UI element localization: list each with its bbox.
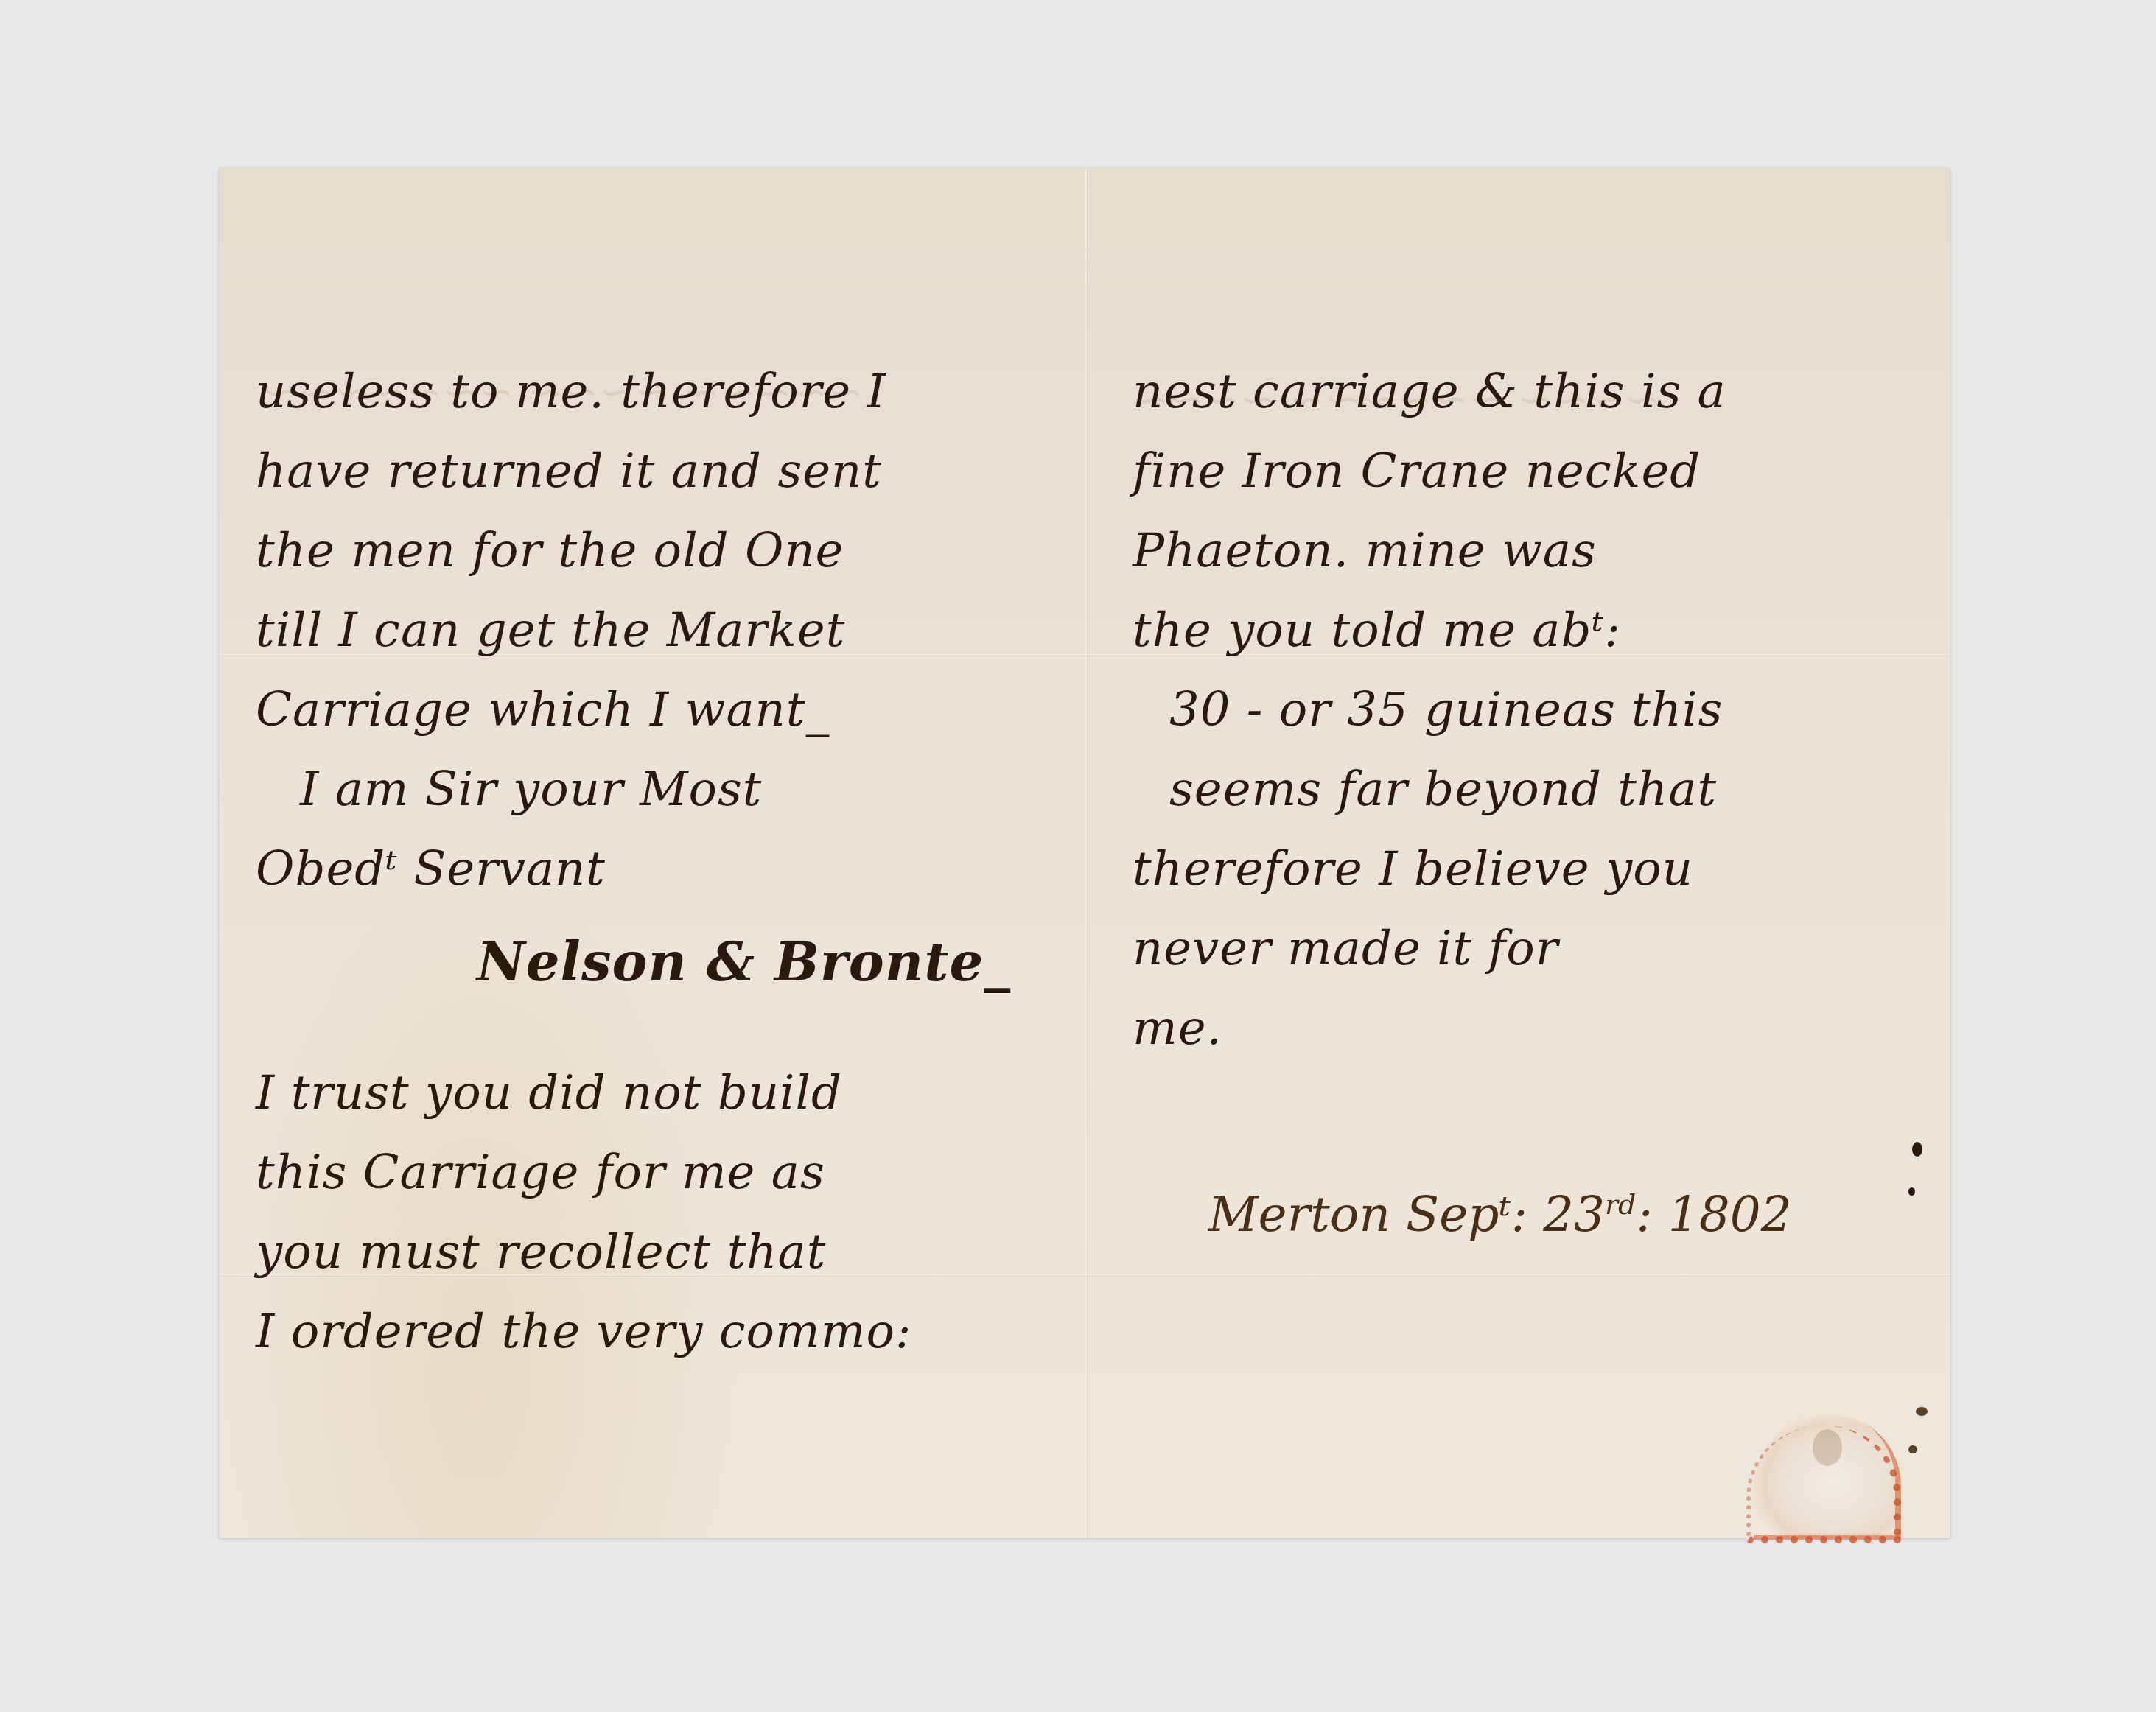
- right-page-text: nest carriage & this is a fine Iron Cran…: [1133, 352, 1726, 1068]
- handwritten-line: seems far beyond that: [1133, 750, 1726, 829]
- ink-blot: [1916, 1407, 1928, 1416]
- handwritten-line: have returned it and sent: [256, 432, 1011, 511]
- closing-line: I am Sir your Most: [256, 750, 1011, 829]
- signature: Nelson & Bronte_: [256, 922, 1011, 1002]
- handwritten-line: nest carriage & this is a: [1133, 352, 1726, 432]
- dateline-month: Sepᵗ:: [1406, 1186, 1527, 1243]
- ink-blot: [1912, 1142, 1922, 1157]
- dateline-day-suffix: rd: [1605, 1188, 1637, 1221]
- postscript-line: I trust you did not build: [256, 1053, 1011, 1133]
- handwritten-line: useless to me. therefore I: [256, 352, 1011, 432]
- letter-sheet: ~~~~~ ~~~~ ~~~~~~~ ~~~~ ~~~~~~ ~~~~ usel…: [219, 168, 1950, 1538]
- handwritten-line: never made it for: [1133, 909, 1726, 989]
- postscript-line: you must recollect that: [256, 1213, 1011, 1292]
- handwritten-line: 30 - or 35 guineas this: [1133, 670, 1726, 750]
- handwritten-line: fine Iron Crane necked: [1133, 432, 1726, 511]
- handwritten-line: me.: [1133, 989, 1726, 1068]
- foxing-stain: [1813, 1429, 1842, 1466]
- handwritten-line: the men for the old One: [256, 511, 1011, 591]
- dateline-place: Merton: [1208, 1186, 1390, 1243]
- postscript-line: this Carriage for me as: [256, 1133, 1011, 1213]
- vertical-fold-line: [1085, 168, 1088, 1538]
- dateline-day: 23: [1543, 1186, 1605, 1243]
- postscript-line: I ordered the very commo:: [256, 1292, 1011, 1372]
- ink-blot: [1908, 1187, 1915, 1196]
- ink-blot: [1908, 1445, 1917, 1453]
- handwritten-line: therefore I believe you: [1133, 829, 1726, 909]
- handwritten-line: Phaeton. mine was: [1133, 511, 1726, 591]
- dateline-separator: :: [1636, 1186, 1652, 1243]
- handwritten-line: the you told me abᵗ:: [1133, 591, 1726, 670]
- closing-line: Obedᵗ Servant: [256, 829, 1011, 909]
- dateline-year: 1802: [1668, 1186, 1792, 1243]
- dateline: Merton Sepᵗ: 23rd: 1802: [1208, 1186, 1792, 1243]
- left-page-text: useless to me. therefore I have returned…: [256, 352, 1011, 1372]
- handwritten-line: Carriage which I want_: [256, 670, 1011, 750]
- handwritten-line: till I can get the Market: [256, 591, 1011, 670]
